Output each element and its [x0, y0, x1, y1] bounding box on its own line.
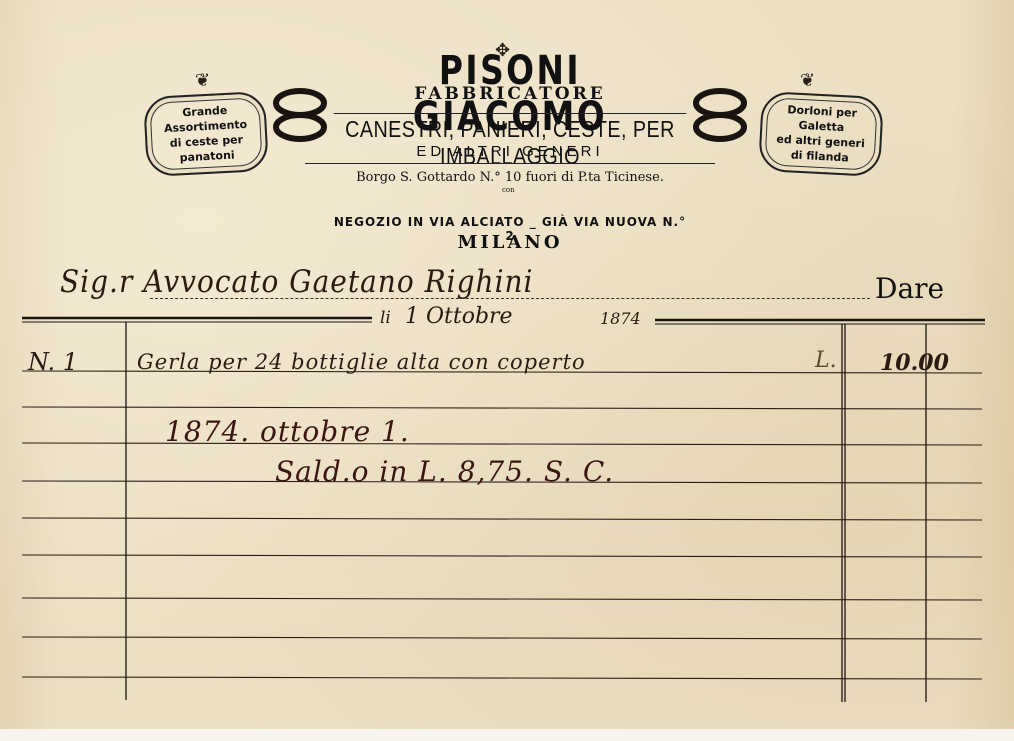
- left-cartouche: Grande Assortimento di ceste per panaton…: [143, 91, 269, 177]
- debit-column-label: Dare: [875, 272, 944, 305]
- cartouche-line: di filanda: [790, 147, 849, 165]
- date-prefix: li: [380, 308, 391, 328]
- product-subline: ED ALTRI GENERI: [305, 143, 715, 164]
- page-edge: [0, 729, 1014, 741]
- flourish-icon: ✥: [495, 40, 510, 61]
- ribbon-ornament-icon: [270, 85, 330, 145]
- item-description: Gerla per 24 bottiglie alta con coperto: [137, 350, 586, 374]
- item-quantity: N. 1: [28, 348, 78, 376]
- con-label: con: [502, 186, 515, 194]
- recipient-name: Sig.r Avvocato Gaetano Righini: [60, 263, 534, 299]
- invoice-date-year: 1874: [600, 309, 641, 328]
- right-cartouche: Dorloni per Galetta ed altri generi di f…: [758, 91, 884, 177]
- firm-address: Borgo S. Gottardo N.° 10 fuori di P.ta T…: [320, 170, 700, 185]
- item-currency: L.: [815, 348, 837, 373]
- item-amount: 10.00: [880, 350, 949, 376]
- flourish-icon: ❦: [195, 70, 210, 91]
- cartouche-line: Grande Assortimento: [146, 101, 265, 137]
- invoice-date-day: 1 Ottobre: [405, 304, 513, 329]
- recipient-underline: [150, 298, 870, 299]
- flourish-icon: ❦: [800, 70, 815, 91]
- payment-date: 1874. ottobre 1.: [165, 415, 410, 448]
- city-name: MILANO: [430, 232, 590, 253]
- payment-settled: Sald.o in L. 8,75. S. C.: [275, 455, 614, 488]
- ribbon-ornament-icon: [690, 85, 750, 145]
- cartouche-line: panatoni: [179, 148, 235, 166]
- firm-role: FABBRICATORE: [400, 84, 620, 104]
